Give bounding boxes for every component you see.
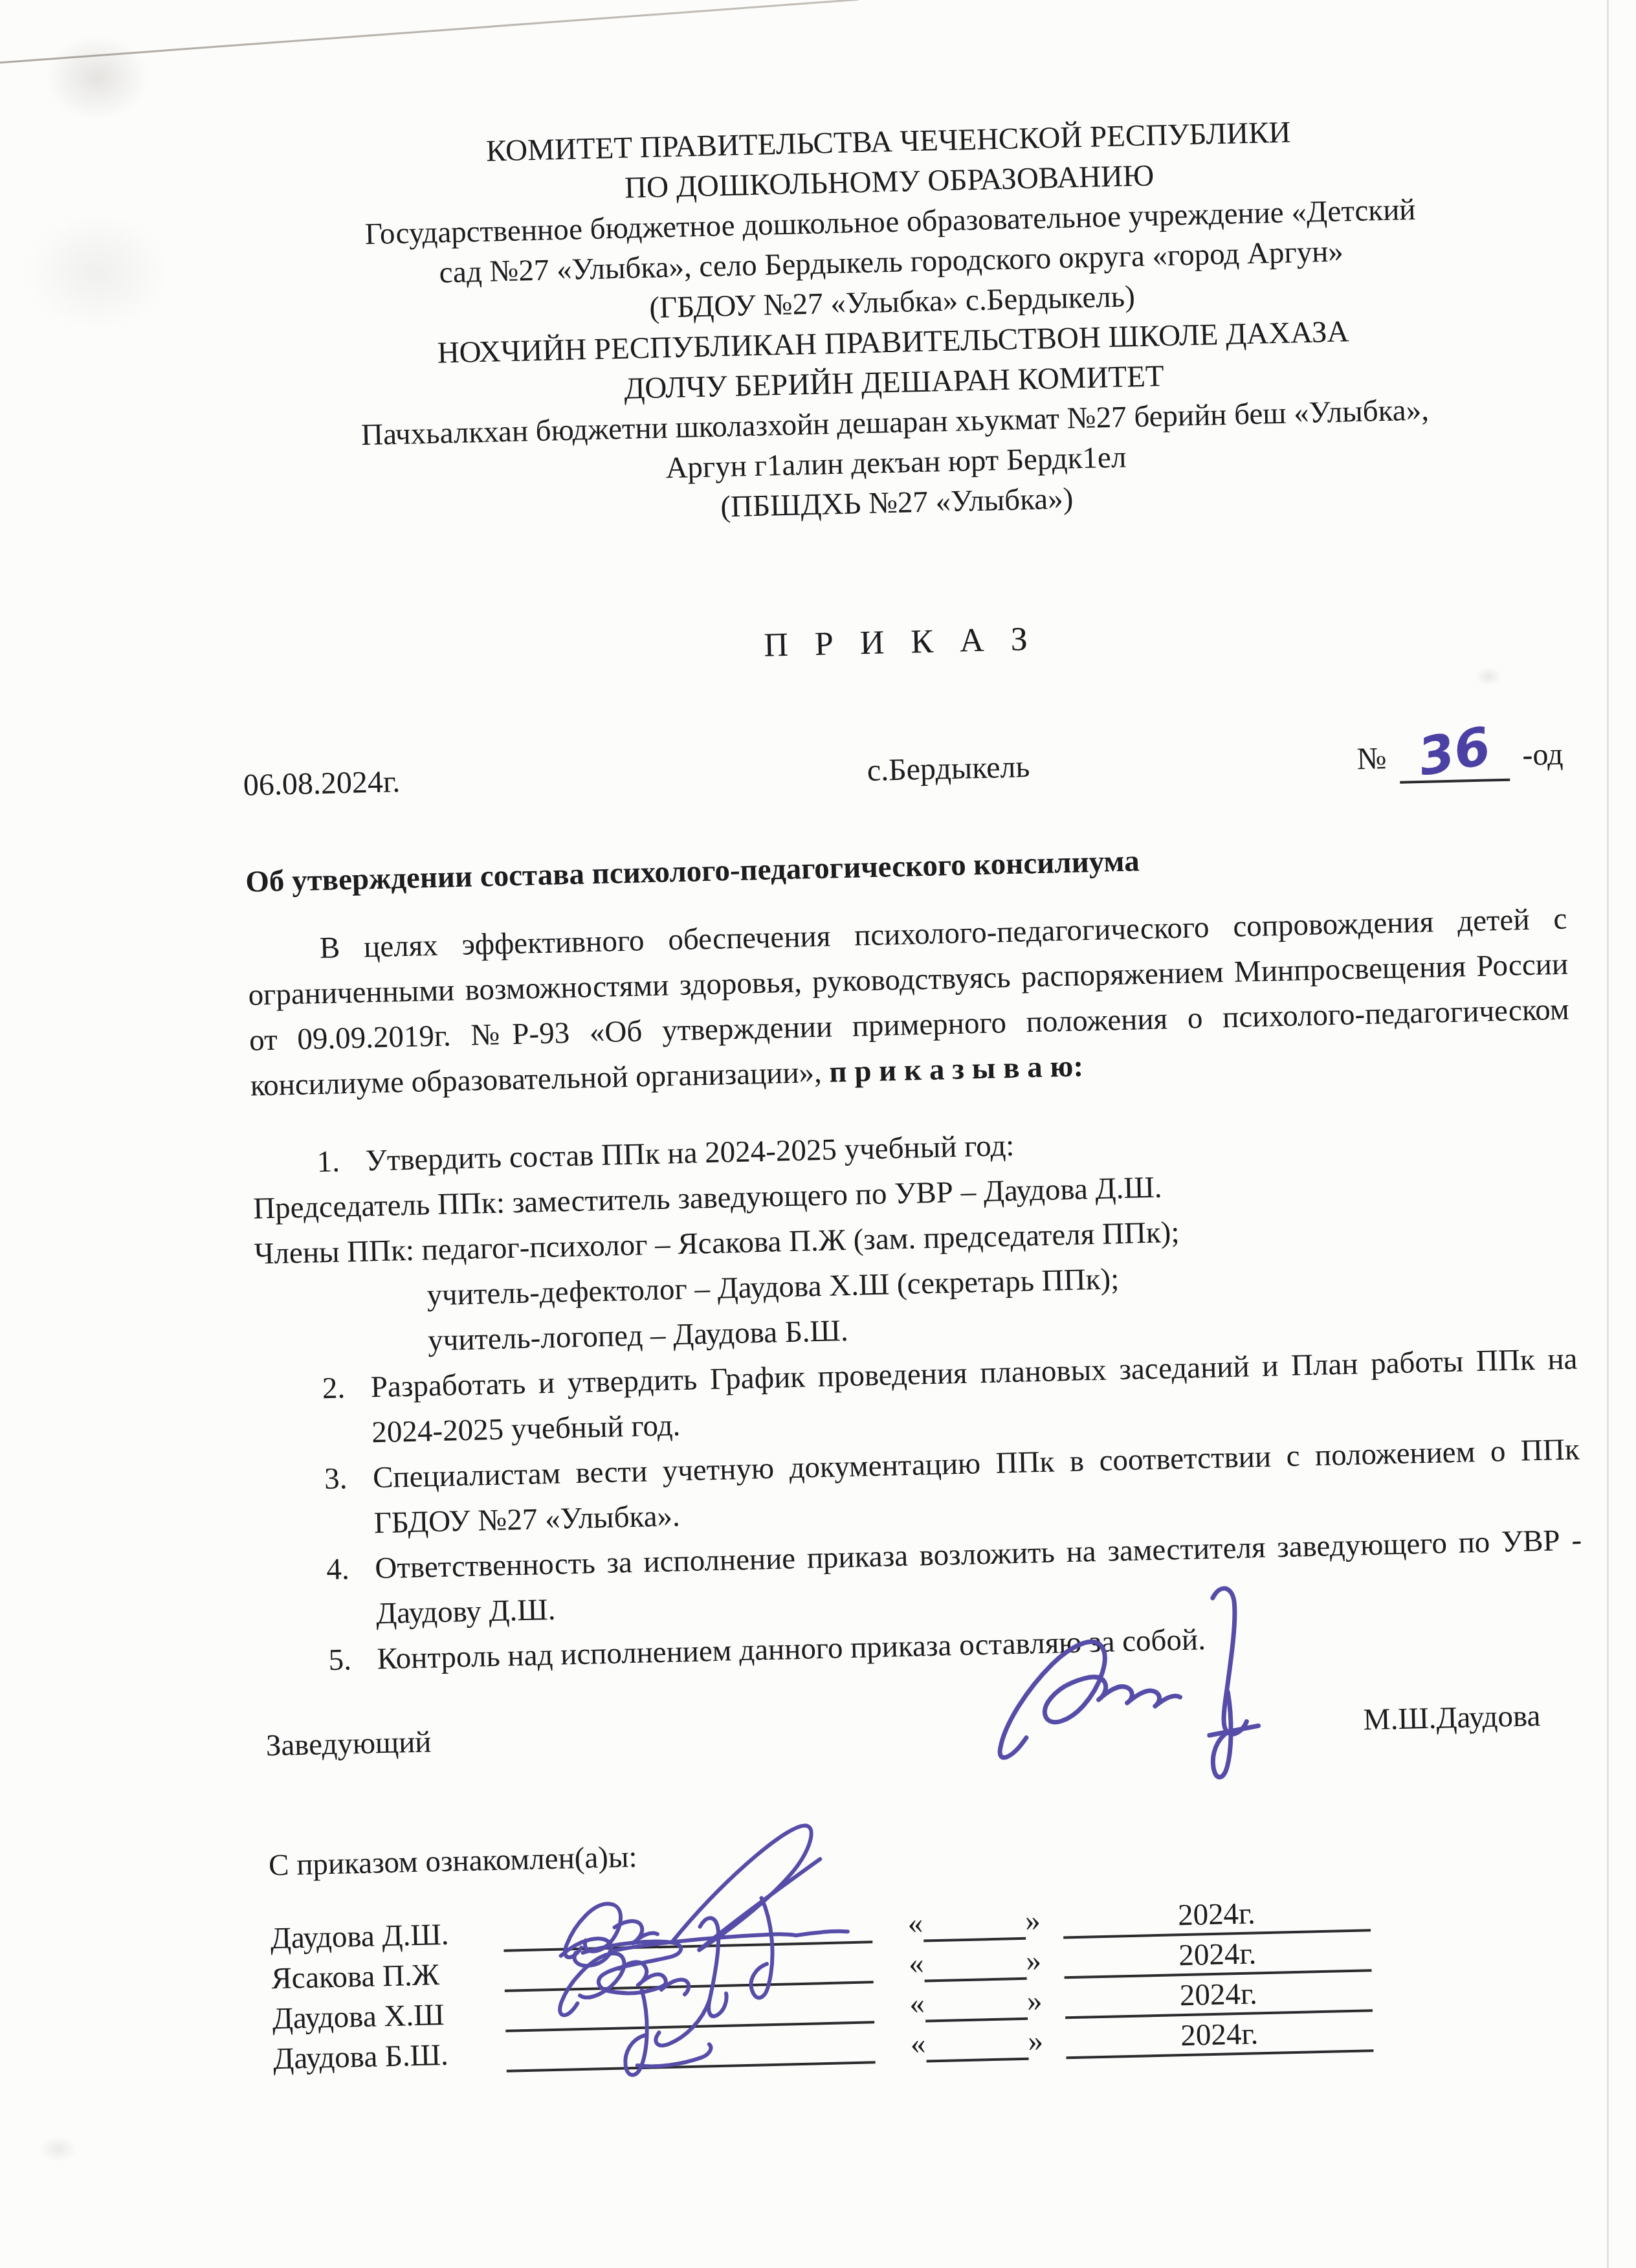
signature-block: Заведующий М.Ш.Даудова	[265, 1692, 1586, 1768]
document-content: КОМИТЕТ ПРАВИТЕЛЬСТВА ЧЕЧЕНСКОЙ РЕСПУБЛИ…	[228, 106, 1593, 2078]
ack-date-blank: «»	[908, 1942, 1041, 1983]
quote-open: «	[909, 1984, 925, 2023]
quote-close: »	[1026, 1942, 1042, 1980]
item-number: 4.	[326, 1546, 377, 1638]
scan-smudge	[26, 214, 168, 330]
order-items-list: 1. Утвердить состав ППк на 2024-2025 уче…	[252, 1110, 1584, 1685]
ack-year: 2024г.	[1179, 1975, 1257, 2014]
ack-year: 2024г.	[1180, 2016, 1259, 2054]
ack-name: Даудова Д.Ш.	[270, 1915, 503, 1957]
ack-date-blank: «»	[910, 2022, 1043, 2063]
quote-close: »	[1026, 1982, 1043, 2020]
date-place-number-row: 06.08.2024г. с.Бердыкель № 36 -од	[243, 728, 1564, 811]
ack-date-blank: «»	[909, 1982, 1043, 2023]
quote-close: »	[1024, 1902, 1041, 1940]
ack-name: Ясакова П.Ж	[271, 1955, 505, 1997]
item-number: 2.	[322, 1364, 372, 1456]
signatory-role: Заведующий	[265, 1713, 719, 1768]
signature-daudova-bsh	[542, 1906, 856, 2095]
ack-year: 2024г.	[1177, 1895, 1255, 1933]
acknowledgement-rows: Даудова Д.Ш. «» 2024г. Ясакова П.Ж	[270, 1891, 1373, 2078]
document-title: П Р И К А З	[239, 605, 1560, 681]
item-number: 1.	[316, 1138, 366, 1184]
order-number: № 36 -од	[1290, 728, 1564, 786]
scanned-order-document: КОМИТЕТ ПРАВИТЕЛЬСТВА ЧЕЧЕНСКОЙ РЕСПУБЛИ…	[0, 0, 1636, 2268]
letterhead: КОМИТЕТ ПРАВИТЕЛЬСТВА ЧЕЧЕНСКОЙ РЕСПУБЛИ…	[228, 106, 1557, 539]
order-date: 06.08.2024г.	[243, 755, 606, 808]
quote-open: «	[907, 1905, 923, 1943]
ack-date-blank: «»	[907, 1902, 1041, 1942]
acknowledgement-heading: С приказом ознакомлен(а)ы:	[268, 1812, 1589, 1888]
ack-signature-line	[505, 2021, 875, 2072]
number-suffix: -од	[1522, 737, 1564, 772]
scan-right-edge-artifact	[1607, 0, 1609, 2268]
scan-smudge	[39, 2136, 78, 2162]
handwritten-order-number: 36	[1416, 726, 1494, 777]
ack-year-line: 2024г.	[1065, 1973, 1373, 2019]
ack-year-line: 2024г.	[1063, 1933, 1371, 1979]
ack-name: Даудова Б.Ш.	[273, 2035, 507, 2078]
subject-line: Об утверждении состава психолого-педагог…	[245, 828, 1566, 905]
ack-name: Даудова Х.Ш	[272, 1995, 505, 2038]
signature-zaveduyushchiy	[961, 1566, 1290, 1807]
scan-smudge	[45, 36, 149, 120]
ack-year-line: 2024г.	[1063, 1893, 1371, 1939]
order-place: с.Бердыкель	[605, 739, 1292, 800]
item-number: 5.	[328, 1636, 378, 1683]
quote-open: «	[910, 2025, 926, 2063]
ack-year-line: 2024г.	[1065, 2013, 1373, 2059]
quote-close: »	[1028, 2022, 1044, 2060]
item-number: 3.	[324, 1455, 374, 1547]
number-sign: №	[1356, 741, 1387, 776]
preamble-paragraph: В целях эффективного обеспечения психоло…	[247, 896, 1571, 1109]
decree-word: п р и к а з ы в а ю:	[829, 1049, 1084, 1089]
signatory-name: М.Ш.Даудова	[1363, 1693, 1541, 1742]
blank-line	[926, 2058, 1028, 2063]
ack-year: 2024г.	[1178, 1935, 1257, 1973]
quote-open: «	[908, 1944, 924, 1983]
order-number-blank: 36	[1398, 729, 1510, 784]
